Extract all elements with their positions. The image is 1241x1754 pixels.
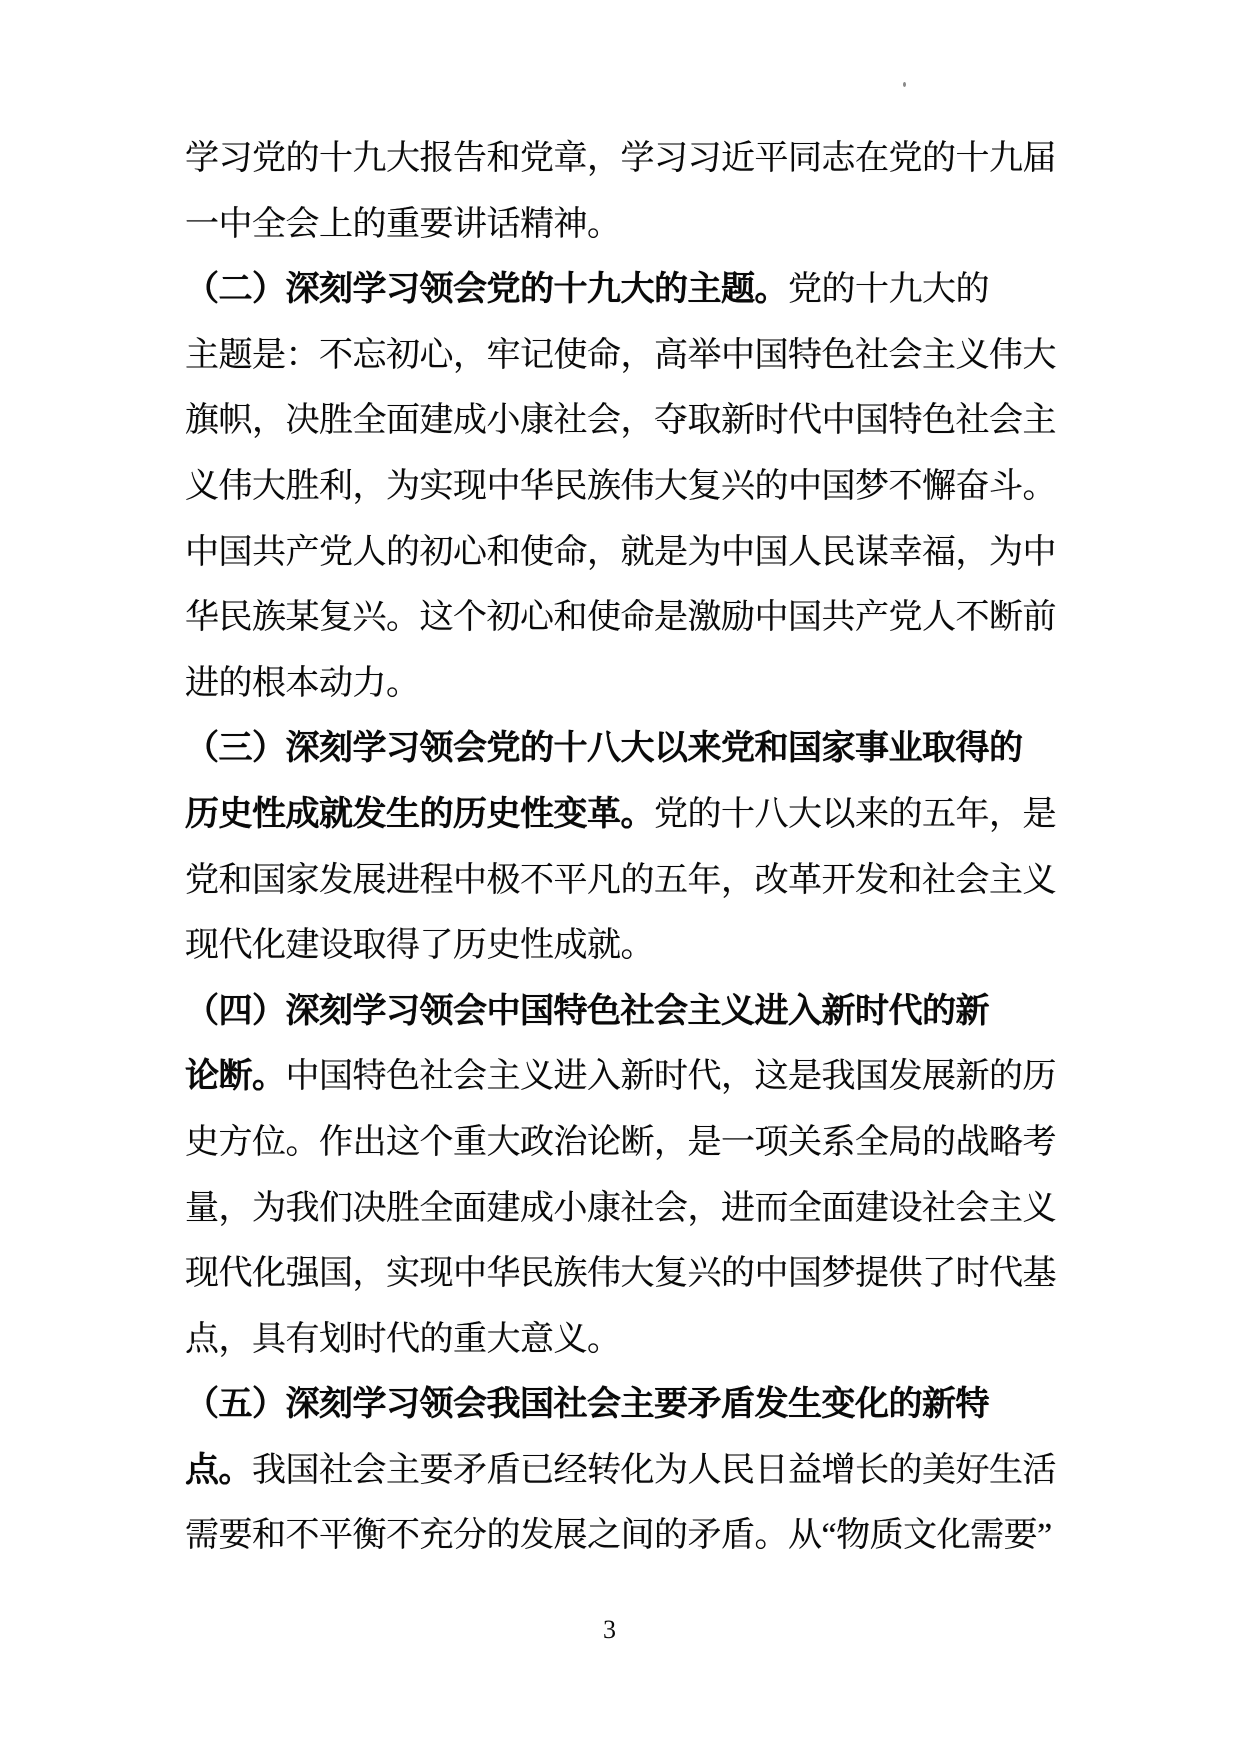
body-segment: 史方位。作出这个重大政治论断，是一项关系全局的战略考 (185, 1124, 1056, 1161)
text-line-6: 义伟大胜利，为实现中华民族伟大复兴的中国梦不懈奋斗。 (185, 454, 1071, 520)
text-line-13: 现代化建设取得了历史性成就。 (185, 913, 1071, 979)
body-segment: 进的根本动力。 (185, 665, 420, 702)
text-line-18: 现代化强国，实现中华民族伟大复兴的中国梦提供了时代基 (185, 1241, 1071, 1307)
body-segment: 党和国家发展进程中极不平凡的五年，改革开发和社会主义 (185, 862, 1056, 899)
text-line-3: （二）深刻学习领会党的十九大的主题。党的十九大的 (185, 257, 1071, 323)
text-line-16: 史方位。作出这个重大政治论断，是一项关系全局的战略考 (185, 1110, 1071, 1176)
body-segment: 党的十八大以来的五年，是 (654, 796, 1056, 833)
document-page: 学习党的十九大报告和党章，学习习近平同志在党的十九届一中全会上的重要讲话精神。（… (0, 0, 1241, 1754)
body-segment: 需要和不平衡不充分的发展之间的矛盾。从“物质文化需要” (185, 1517, 1052, 1554)
heading-segment: （三）深刻学习领会党的十八大以来党和国家事业取得的 (185, 730, 1023, 767)
text-line-2: 一中全会上的重要讲话精神。 (185, 192, 1071, 258)
text-line-10: （三）深刻学习领会党的十八大以来党和国家事业取得的 (185, 716, 1071, 782)
body-segment: 义伟大胜利，为实现中华民族伟大复兴的中国梦不懈奋斗。 (185, 468, 1056, 505)
text-line-19: 点，具有划时代的重大意义。 (185, 1307, 1071, 1373)
body-segment: 我国社会主要矛盾已经转化为人民日益增长的美好生活 (252, 1452, 1056, 1489)
body-segment: 主题是：不忘初心，牢记使命，高举中国特色社会主义伟大 (185, 337, 1056, 374)
body-segment: 学习党的十九大报告和党章，学习习近平同志在党的十九届 (185, 140, 1056, 177)
text-line-7: 中国共产党人的初心和使命，就是为中国人民谋幸福，为中 (185, 520, 1071, 586)
text-line-12: 党和国家发展进程中极不平凡的五年，改革开发和社会主义 (185, 848, 1071, 914)
body-segment: 党的十九大的 (788, 271, 989, 308)
body-segment: 一中全会上的重要讲话精神。 (185, 206, 621, 243)
text-line-8: 华民族某复兴。这个初心和使命是激励中国共产党人不断前 (185, 585, 1071, 651)
body-segment: 现代化强国，实现中华民族伟大复兴的中国梦提供了时代基 (185, 1255, 1056, 1292)
text-line-15: 论断。中国特色社会主义进入新时代，这是我国发展新的历 (185, 1044, 1071, 1110)
heading-segment: 历史性成就发生的历史性变革。 (185, 796, 654, 833)
heading-segment: （二）深刻学习领会党的十九大的主题。 (185, 271, 788, 308)
text-line-22: 需要和不平衡不充分的发展之间的矛盾。从“物质文化需要” (185, 1503, 1071, 1569)
body-segment: 现代化建设取得了历史性成就。 (185, 927, 654, 964)
scan-speck (903, 82, 906, 87)
body-segment: 中国特色社会主义进入新时代，这是我国发展新的历 (286, 1058, 1057, 1095)
document-text-block: 学习党的十九大报告和党章，学习习近平同志在党的十九届一中全会上的重要讲话精神。（… (185, 126, 1071, 1569)
heading-segment: （四）深刻学习领会中国特色社会主义进入新时代的新 (185, 993, 989, 1030)
text-line-4: 主题是：不忘初心，牢记使命，高举中国特色社会主义伟大 (185, 323, 1071, 389)
text-line-20: （五）深刻学习领会我国社会主要矛盾发生变化的新特 (185, 1372, 1071, 1438)
body-segment: 量，为我们决胜全面建成小康社会，进而全面建设社会主义 (185, 1190, 1056, 1227)
body-segment: 华民族某复兴。这个初心和使命是激励中国共产党人不断前 (185, 599, 1056, 636)
body-segment: 点，具有划时代的重大意义。 (185, 1321, 621, 1358)
text-line-11: 历史性成就发生的历史性变革。党的十八大以来的五年，是 (185, 782, 1071, 848)
page-number: 3 (0, 1612, 1219, 1648)
heading-segment: 论断。 (185, 1058, 286, 1095)
heading-segment: 点。 (185, 1452, 252, 1489)
text-line-9: 进的根本动力。 (185, 651, 1071, 717)
text-line-5: 旗帜，决胜全面建成小康社会，夺取新时代中国特色社会主 (185, 388, 1071, 454)
body-segment: 中国共产党人的初心和使命，就是为中国人民谋幸福，为中 (185, 534, 1056, 571)
text-line-1: 学习党的十九大报告和党章，学习习近平同志在党的十九届 (185, 126, 1071, 192)
text-line-21: 点。我国社会主要矛盾已经转化为人民日益增长的美好生活 (185, 1438, 1071, 1504)
body-segment: 旗帜，决胜全面建成小康社会，夺取新时代中国特色社会主 (185, 402, 1056, 439)
text-line-14: （四）深刻学习领会中国特色社会主义进入新时代的新 (185, 979, 1071, 1045)
heading-segment: （五）深刻学习领会我国社会主要矛盾发生变化的新特 (185, 1386, 989, 1423)
text-line-17: 量，为我们决胜全面建成小康社会，进而全面建设社会主义 (185, 1176, 1071, 1242)
